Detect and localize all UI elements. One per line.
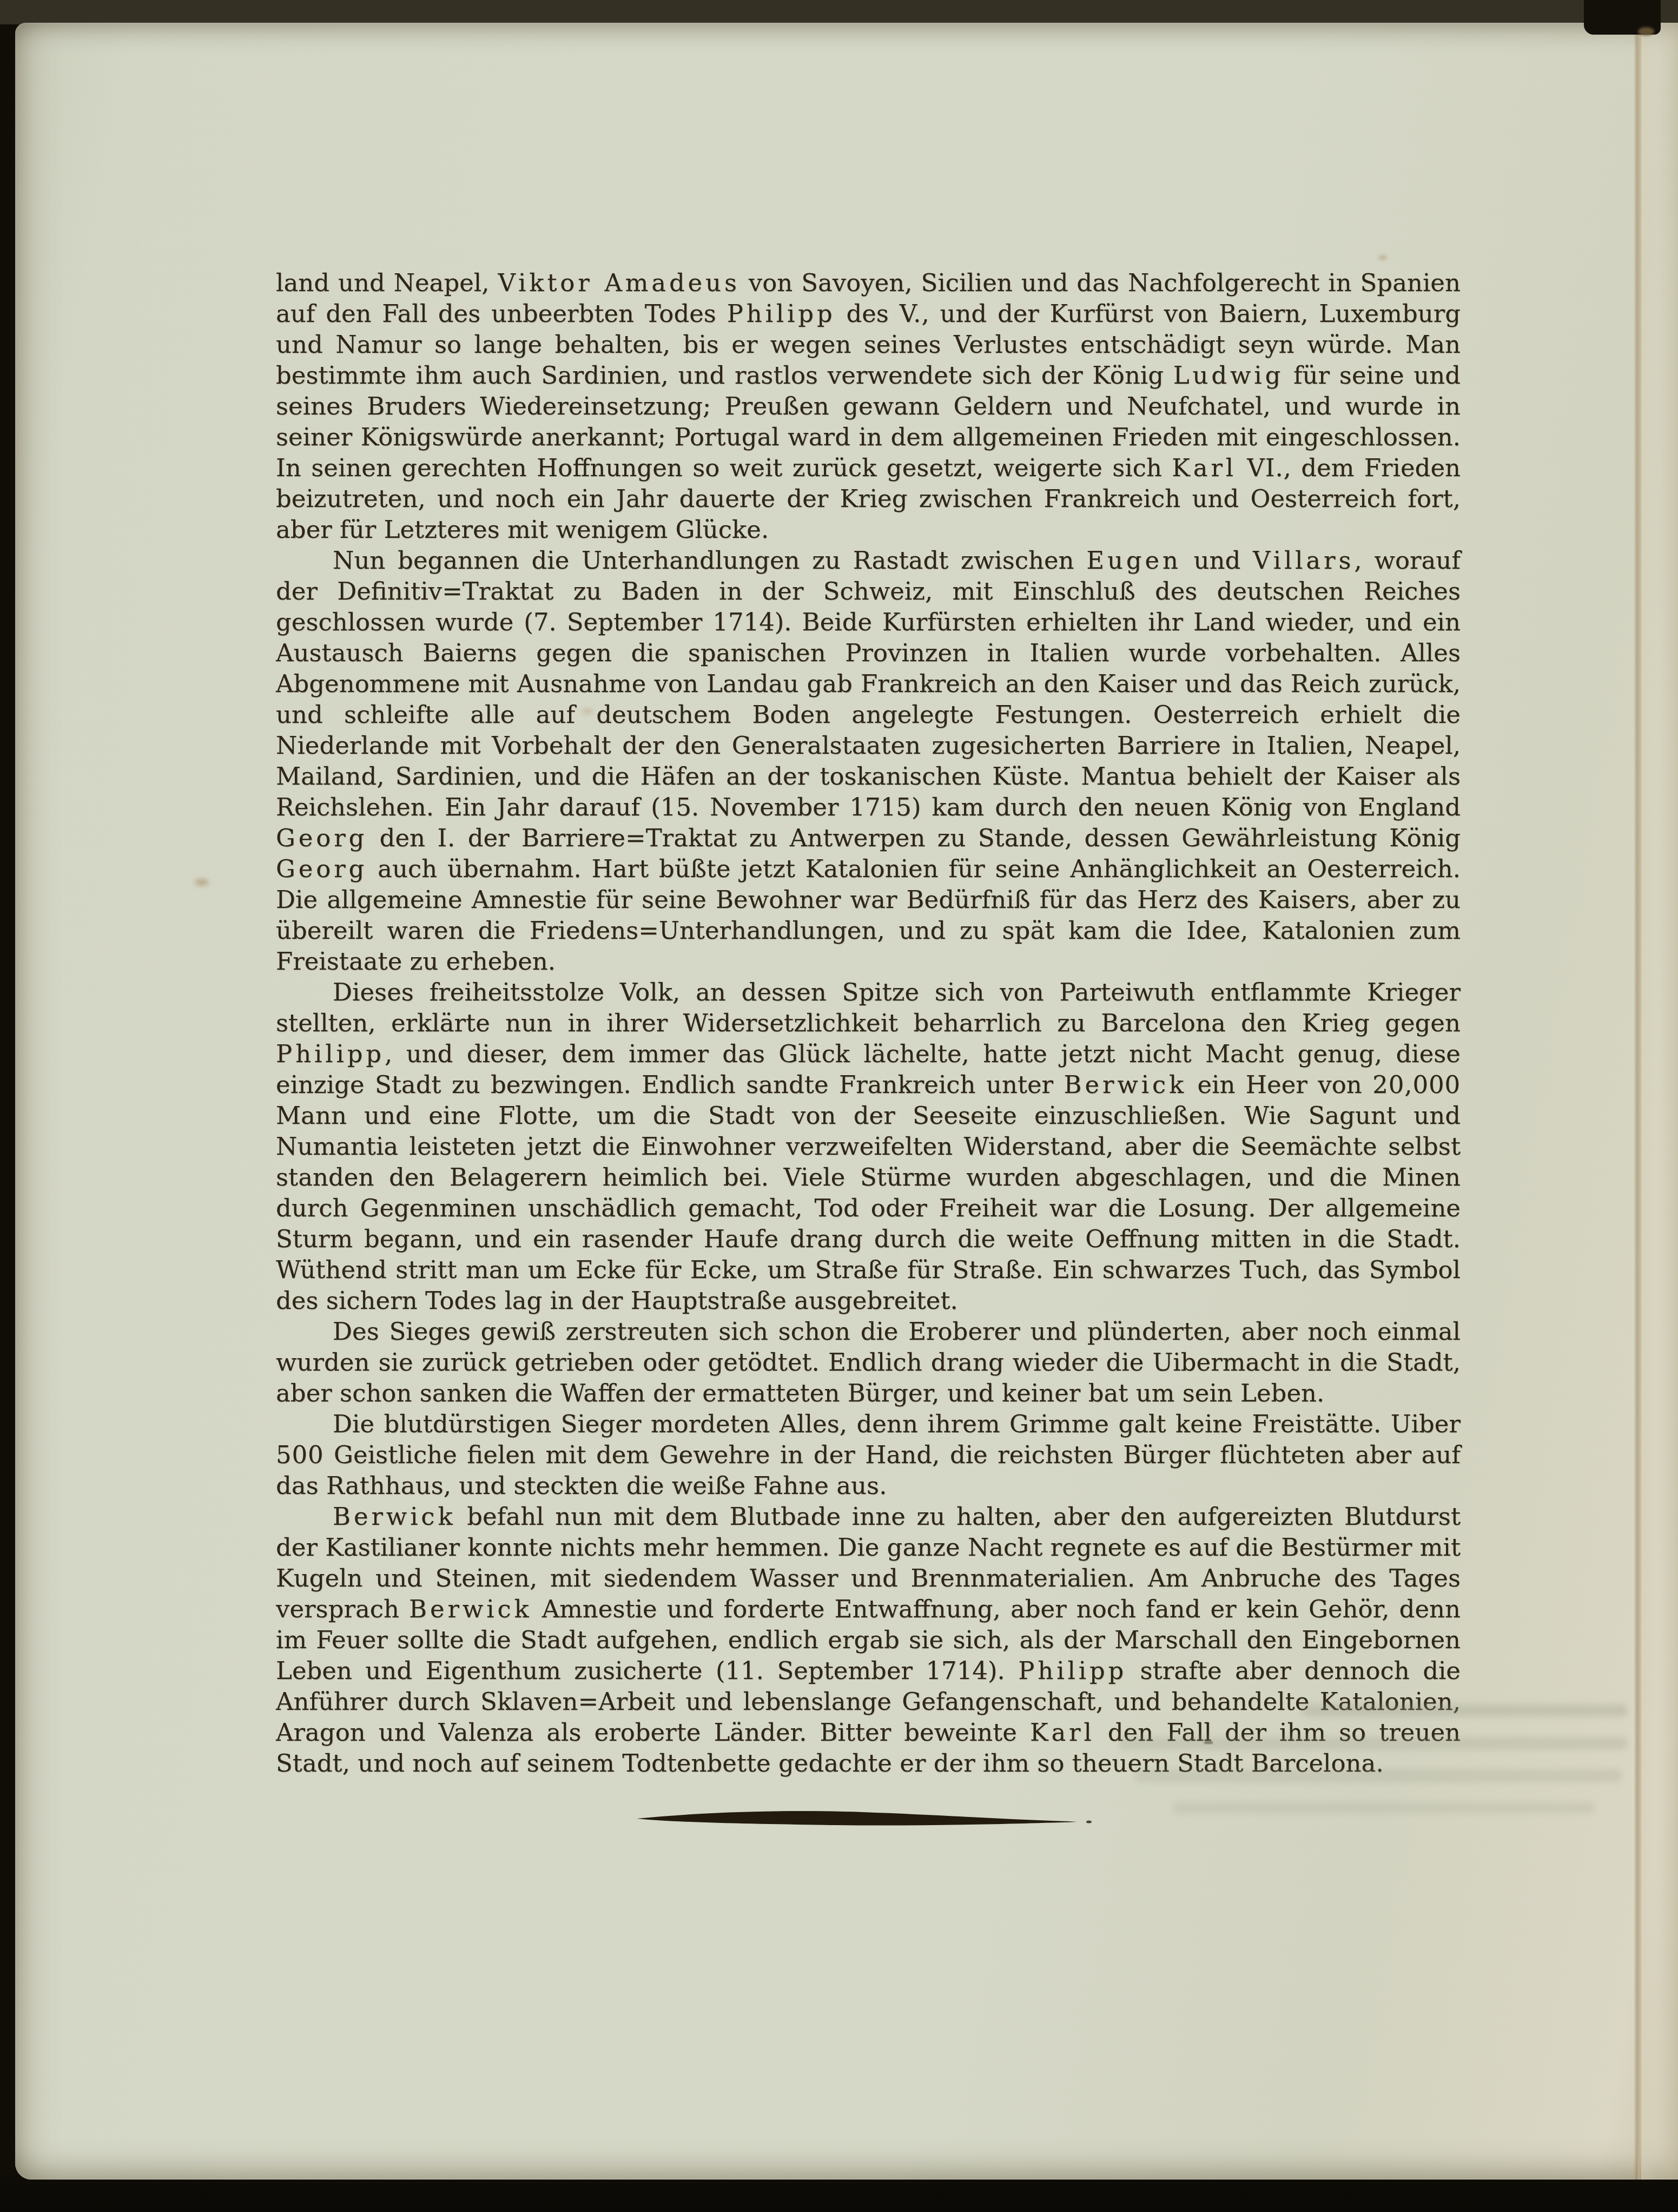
foxing-spot [1378, 255, 1387, 260]
letterspaced-name: Philipp [276, 1039, 385, 1068]
paragraph: Dieses freiheitsstolze Volk, an dessen S… [276, 977, 1461, 1316]
text-run: 20,000 [1372, 1070, 1461, 1099]
book-page: land und Neapel, Viktor Amadeus von Savo… [15, 23, 1678, 2180]
page-fold-crease [1634, 23, 1642, 2180]
text-run: VI. [1237, 453, 1284, 482]
text-run: Nun begannen die Unterhandlungen zu Rast… [333, 546, 1086, 575]
text-run: I. [437, 824, 455, 852]
letterspaced-name: Berwick [409, 1595, 532, 1623]
letterspaced-name: Eugen [1086, 546, 1181, 575]
text-run: des [836, 299, 900, 328]
next-page-edge [1641, 23, 1678, 2180]
letterspaced-name: Philipp [1018, 1656, 1127, 1685]
text-run: auch übernahm. Hart büßte jetzt Kataloni… [276, 854, 1461, 976]
page-text: land und Neapel, Viktor Amadeus von Savo… [276, 267, 1461, 1779]
text-run: , worauf der Definitiv=Traktat zu Baden … [276, 546, 1461, 821]
paragraph: Berwick befahl nun mit dem Blutbade inne… [276, 1501, 1461, 1779]
paragraph: land und Neapel, Viktor Amadeus von Savo… [276, 267, 1461, 545]
paragraph: Die blutdürstigen Sieger mordeten Alles,… [276, 1408, 1461, 1501]
letterspaced-name: Karl [1172, 453, 1237, 482]
text-run: Mann und eine Flotte, um die Stadt von d… [276, 1101, 1461, 1315]
letterspaced-name: Georg [276, 824, 367, 852]
letterspaced-name: Ludwig [1173, 361, 1284, 390]
text-run: Geistliche fielen mit dem Gewehre in der… [276, 1440, 1461, 1500]
text-run: den [367, 824, 437, 852]
letterspaced-name: Villars [1253, 546, 1354, 575]
letterspaced-name: Philipp [727, 299, 836, 328]
text-run: der Barriere=Traktat zu Antwerpen zu Sta… [455, 824, 1461, 852]
text-run: Dieses freiheitsstolze Volk, an dessen S… [276, 978, 1461, 1037]
text-run: land und Neapel, [276, 268, 498, 297]
paragraph: Nun begannen die Unterhandlungen zu Rast… [276, 545, 1461, 977]
text-run: V. [900, 299, 922, 328]
letterspaced-name: Berwick [1064, 1070, 1187, 1099]
letterspaced-name: Karl [1030, 1718, 1095, 1747]
text-run: Des Sieges gewiß zerstreuten sich schon … [276, 1317, 1461, 1407]
letterspaced-name: Viktor Amadeus [498, 268, 739, 297]
text-run: ein Heer von [1187, 1070, 1372, 1099]
text-run: Die blutdürstigen Sieger mordeten Alles,… [333, 1410, 1461, 1438]
letterspaced-name: Georg [276, 854, 367, 883]
binding-debris [1638, 27, 1654, 36]
letterspaced-name: Berwick [333, 1502, 456, 1531]
text-run: 500 [276, 1440, 324, 1469]
text-run: und [1181, 546, 1253, 575]
paragraph: Des Sieges gewiß zerstreuten sich schon … [276, 1316, 1461, 1408]
section-end-rule [636, 1807, 1101, 1831]
foxing-spot [195, 879, 209, 886]
